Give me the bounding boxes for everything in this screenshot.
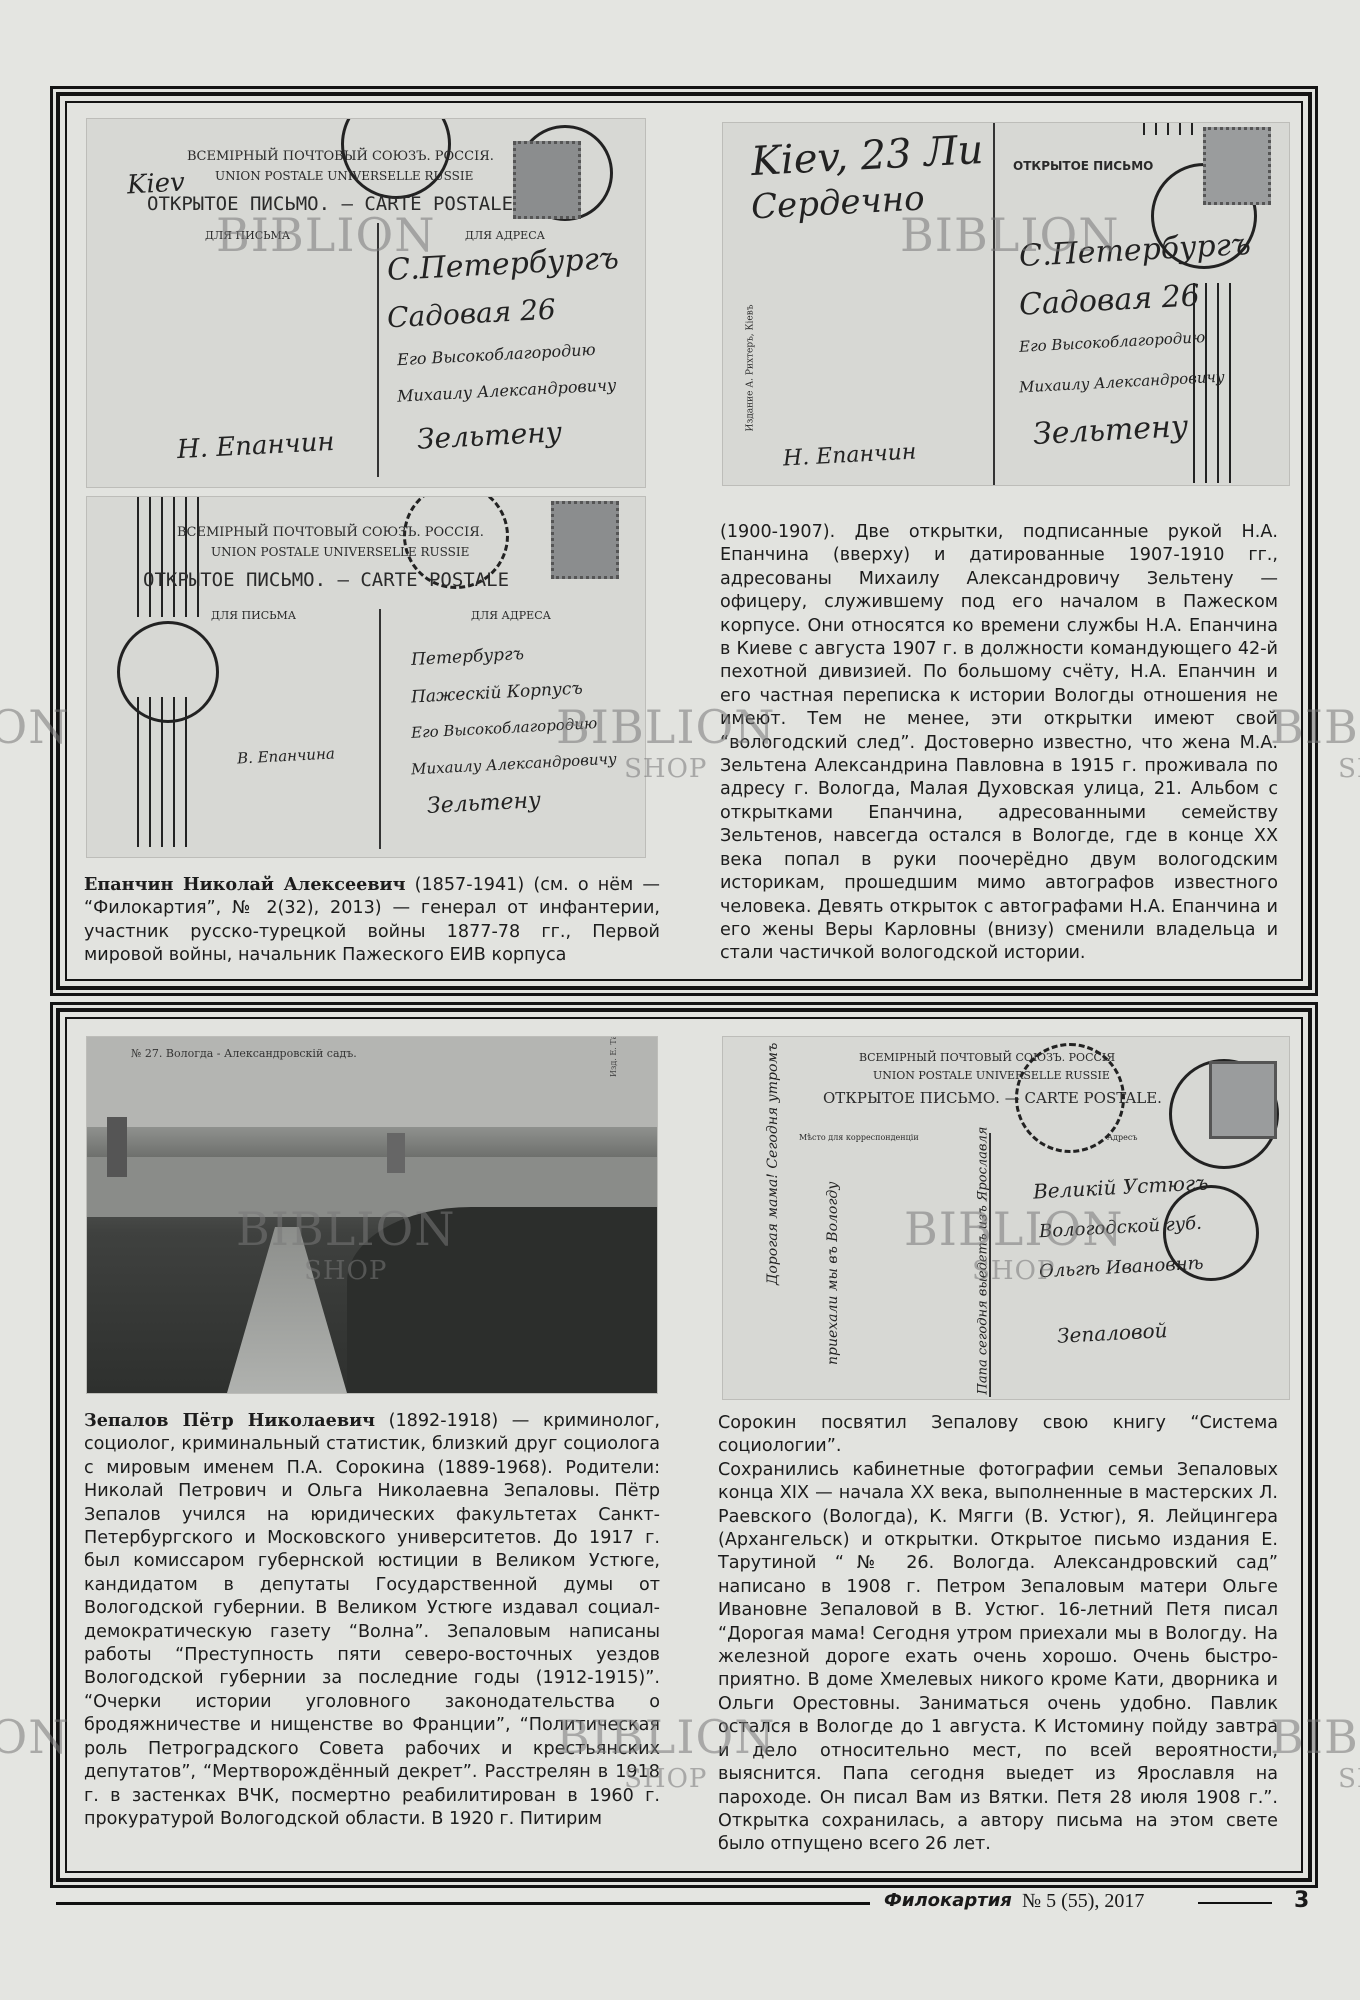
cancellation-line (1179, 123, 1181, 135)
printed-label-letter: ДЛЯ ПИСЬМА (211, 609, 296, 622)
printed-publisher: Издание А. Рихтеръ, Кiевъ (746, 305, 756, 432)
handwriting: Михаилу Александровичу (411, 750, 617, 779)
caption-epanchin-postcards: (1900-1907). Две открытки, подписанные р… (720, 521, 1278, 966)
printed-label-correspondence: Мѣсто для корреспонденцiи (799, 1133, 919, 1142)
cancellation-line (137, 697, 139, 847)
printed-header: ВСЕМIРНЫЙ ПОЧТОВЫЙ СОЮЗЪ. РОССIЯ. (177, 525, 484, 540)
handwriting: Зельтену (426, 788, 541, 819)
printed-header-fr: UNION POSTALE UNIVERSELLE RUSSIE (215, 169, 473, 183)
handwriting: В. Епанчина (237, 744, 336, 767)
cancellation-line (1229, 283, 1231, 483)
handwriting-vertical: приехали мы въ Вологду (825, 1125, 841, 1365)
cancellation-line (173, 497, 175, 617)
stamp-icon (1209, 1061, 1277, 1139)
cancellation-line (161, 497, 163, 617)
garden-trees (347, 1207, 657, 1393)
handwriting: Его Высокоблагородию (1019, 328, 1206, 356)
cancellation-line (1143, 123, 1145, 135)
handwriting: Садовая 26 (386, 293, 556, 335)
postcard-epanchin-top-left: ВСЕМIРНЫЙ ПОЧТОВЫЙ СОЮЗЪ. РОССIЯ. UNION … (86, 118, 646, 488)
church-tower (107, 1117, 127, 1177)
cancellation-line (185, 497, 187, 617)
handwriting: Kiev (126, 168, 185, 201)
printed-header: ВСЕМIРНЫЙ ПОЧТОВЫЙ СОЮЗЪ. РОССIЯ (859, 1051, 1115, 1064)
article-paragraph: (1900-1907). Две открытки, подписанные р… (720, 521, 1278, 966)
photo-card-publisher: Изд. Е. Тарутина (609, 1036, 618, 1077)
printed-title: ОТКРЫТОЕ ПИСЬМО. — CARTE POSTALE (143, 569, 509, 591)
handwriting: Петербургъ (411, 644, 525, 670)
caption-zepalov-bio: Зепалов Пётр Николаевич (1892-1918) — кр… (84, 1409, 660, 1831)
postcard-zepalov-address: Дорогая мама! Сегодня утромъ приехали мы… (722, 1036, 1290, 1400)
postmark-icon (117, 621, 219, 723)
stamp-icon (551, 501, 619, 579)
handwriting: Зепаловой (1056, 1318, 1168, 1348)
printed-header-fr: UNION POSTALE UNIVERSELLE RUSSIE (211, 545, 469, 559)
handwriting: Ольгѣ Ивановнѣ (1039, 1253, 1204, 1283)
handwriting: Его Высокоблагородию (411, 714, 598, 742)
printed-title: ОТКРЫТОЕ ПИСЬМО (1013, 159, 1153, 173)
handwriting: Н. Епанчин (176, 427, 335, 465)
page-number: 3 (1294, 1888, 1309, 1913)
postcard-epanchina-middle-left: ВСЕМIРНЫЙ ПОЧТОВЫЙ СОЮЗЪ. РОССIЯ. UNION … (86, 496, 646, 858)
stamp-icon (1203, 127, 1271, 205)
card-divider (379, 609, 381, 849)
handwriting: Н. Епанчин (782, 440, 916, 472)
bio-text: (1892-1918) — криминолог, социолог, крим… (84, 1411, 660, 1829)
photo-card-title: № 27. Вологда - Александровскiй садъ. (131, 1047, 357, 1060)
article-paragraph: Сохранились кабинетные фотографии семьи … (718, 1459, 1278, 1857)
card-divider (993, 123, 995, 485)
handwriting: Пажескiй Корпусъ (411, 679, 584, 708)
handwriting-vertical: Дорогая мама! Сегодня утромъ (765, 1045, 781, 1285)
card-divider (377, 223, 379, 477)
postcard-epanchin-top-right: Kiev, 23 Ли Сердечно ОТКРЫТОЕ ПИСЬМО Изд… (722, 122, 1290, 486)
cancellation-line (137, 497, 139, 617)
caption-epanchin-bio: Епанчин Николай Алексеевич (1857-1941) (… (84, 873, 660, 968)
cancellation-line (1155, 123, 1157, 135)
printed-header: ВСЕМIРНЫЙ ПОЧТОВЫЙ СОЮЗЪ. РОССIЯ. (187, 149, 494, 164)
handwriting: Kiev, 23 Ли (750, 127, 984, 185)
handwriting: Его Высокоблагородию (397, 340, 596, 369)
printed-title: ОТКРЫТОЕ ПИСЬМО. — CARTE POSTALE. (823, 1089, 1162, 1107)
handwriting-vertical: Папа сегодня выедетъ изъ Ярославля (976, 1135, 991, 1395)
stamp-icon (513, 141, 581, 219)
article-paragraph: Сорокин посвятил Зепалову свою книгу “Си… (718, 1412, 1278, 1459)
handwriting: Михаилу Александровичу (397, 375, 617, 405)
bell-tower (387, 1133, 405, 1173)
magazine-title: Филокартия (884, 1890, 1012, 1911)
caption-zepalov-postcard: Сорокин посвятил Зепалову свою книгу “Си… (718, 1412, 1278, 1857)
handwriting: Зельтену (1032, 409, 1189, 452)
cancellation-line (1167, 123, 1169, 135)
printed-header-fr: UNION POSTALE UNIVERSELLE RUSSIE (873, 1069, 1110, 1082)
person-name: Епанчин Николай Алексеевич (84, 874, 406, 895)
printed-label-address: Адресъ (1107, 1133, 1137, 1142)
postcard-vologda-garden-photo: № 27. Вологда - Александровскiй садъ. Из… (86, 1036, 658, 1394)
handwriting: С.Петербургъ (386, 241, 619, 288)
page-footer: Филокартия № 5 (55), 2017 3 (56, 1888, 1312, 1918)
handwriting: Сердечно (750, 178, 925, 227)
printed-label-address: ДЛЯ АДРЕСА (465, 229, 545, 242)
cancellation-line (197, 497, 199, 617)
printed-title: ОТКРЫТОЕ ПИСЬМО. — CARTE POSTALE (147, 193, 513, 215)
handwriting: Садовая 26 (1018, 278, 1200, 322)
footer-rule-left (56, 1902, 870, 1905)
printed-label-letter: ДЛЯ ПИСЬМА (205, 229, 290, 242)
cancellation-line (149, 497, 151, 617)
footer-rule-right (1198, 1902, 1272, 1904)
issue-number: № 5 (55), 2017 (1022, 1890, 1144, 1913)
handwriting: Зельтену (416, 415, 562, 456)
road (227, 1227, 347, 1393)
printed-label-address: ДЛЯ АДРЕСА (471, 609, 551, 622)
cancellation-line (1191, 123, 1193, 135)
person-name: Зепалов Пётр Николаевич (84, 1410, 375, 1431)
